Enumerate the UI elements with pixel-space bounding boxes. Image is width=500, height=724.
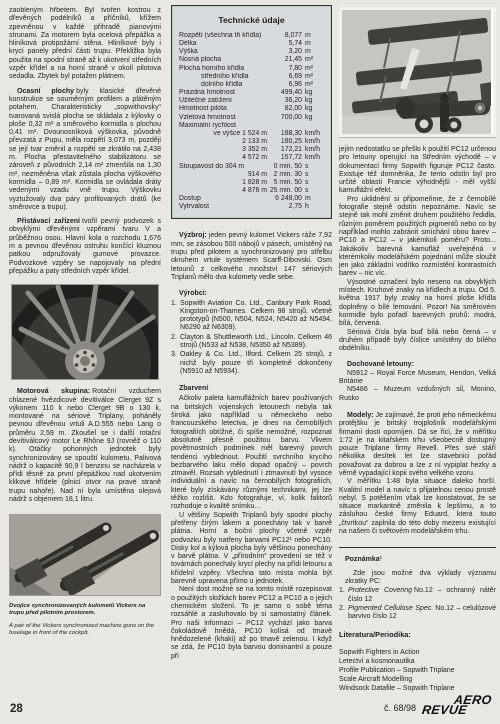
- tech-row-value: 6,96: [267, 81, 302, 89]
- tech-table-row: Vzletová hmotnost700,00kg: [179, 114, 324, 122]
- tech-row-unit: s: [302, 163, 324, 171]
- tech-row-value: 188,30: [267, 130, 302, 138]
- paragraph-colours-3: Není dost možné se na tomto místě rozepi…: [171, 586, 332, 661]
- tech-row-value: 5 min. 50: [267, 179, 302, 187]
- paragraph-text: byly klasické dřevěné konstrukce se soum…: [9, 88, 161, 211]
- tech-table-row: Vytrvalost2,75h: [179, 203, 324, 211]
- item-number: 2.: [171, 334, 180, 351]
- tech-table-row: 3 352 m172,21km/h: [179, 146, 324, 154]
- tech-data-box: Technické údaje Rozpětí (všechna tři kří…: [171, 5, 332, 219]
- tech-table-row: 914 m2 min. 30s: [179, 171, 324, 179]
- tech-row-value: 25 min. 00: [267, 187, 302, 195]
- tech-data-title: Technické údaje: [179, 15, 324, 25]
- tech-row-label: 1 828 m: [179, 179, 267, 187]
- wheel-photo-image: [12, 285, 158, 379]
- footnote-item: 2. Pigmented Cellulose Spec.No.12 – celu…: [339, 605, 496, 622]
- tech-table-row: 4 572 m157,72km/h: [179, 154, 324, 162]
- middle-column: Technické údaje Rozpětí (všechna tři kří…: [171, 5, 332, 717]
- footnote-heading: Poznámka¹: [339, 556, 496, 564]
- tech-row-value: 3,20: [267, 48, 302, 56]
- literature-item: Letectví a kosmonautika: [339, 657, 496, 666]
- tech-row-unit: kg: [302, 114, 324, 122]
- issue-number: č. 68/98: [384, 703, 416, 713]
- left-column: zaobleným hřbetem. Byl tvořen kostrou z …: [9, 7, 161, 719]
- tech-row-unit: [302, 122, 324, 130]
- tech-table-row: Prázdná hmotnost499,40kg: [179, 89, 324, 97]
- tech-row-value: 6,69: [267, 73, 302, 81]
- item-text: Pigmented Cellulose Spec.No.12 – celulóz…: [348, 605, 496, 622]
- survivors-heading: Dochované letouny:: [339, 361, 496, 369]
- item-text: Clayton & Shuttleworth Ltd., Lincoln. Ce…: [180, 334, 332, 351]
- tech-table-row: 4 876 m25 min. 00s: [179, 187, 324, 195]
- tech-row-label: Délka: [179, 40, 267, 48]
- paragraph-serials: Sériová čísla byla buď bílá nebo černá –…: [339, 329, 496, 354]
- tech-row-label: ve výšce 1 524 m: [179, 130, 267, 138]
- tech-row-unit: kg: [302, 105, 324, 113]
- paragraph-engine: Motorová skupina:Rotační vzduchem chlaze…: [9, 388, 161, 504]
- tech-row-value: 7,80: [267, 65, 302, 73]
- tech-row-unit: km/h: [302, 154, 324, 162]
- tech-row-value: 36,20: [267, 97, 302, 105]
- tech-row-unit: m: [302, 48, 324, 56]
- tech-row-unit: km/h: [302, 138, 324, 146]
- tech-row-unit: s: [302, 179, 324, 187]
- tech-row-value: 2,75: [267, 203, 302, 211]
- tech-row-label: Stoupavost do 304 m: [179, 163, 267, 171]
- item-number: 3.: [171, 351, 180, 376]
- tech-row-label: Užitečné zatížení: [179, 97, 267, 105]
- triplane-photo-image: [342, 10, 491, 134]
- tech-row-unit: m²: [302, 73, 324, 81]
- manufacturers-heading: Výrobci:: [171, 290, 332, 298]
- page-number: 28: [10, 703, 23, 715]
- photo-caption-czech: Dvojice synchronizovaných kulometů Vicke…: [9, 603, 161, 617]
- tech-row-unit: km/h: [302, 130, 324, 138]
- item-text: Protective CoveringNo.12 – ochranný nátě…: [348, 587, 496, 604]
- colours-heading: Zbarvení: [171, 385, 332, 393]
- section-divider: [339, 547, 496, 548]
- photo-caption-english: A pair of the Vickers synchronized machi…: [9, 623, 161, 637]
- tech-row-label: 4 876 m: [179, 187, 267, 195]
- tech-table-row: Hmotnost pilota82,00kg: [179, 105, 324, 113]
- literature-item: Profile Publication – Sopwith Triplane: [339, 666, 496, 675]
- tech-row-unit: m²: [302, 81, 324, 89]
- tech-row-unit: m²: [302, 65, 324, 73]
- item-text: Oakley & Co. Ltd., Ilford. Celkem 25 str…: [180, 351, 332, 376]
- tech-row-value: 180,25: [267, 138, 302, 146]
- tech-row-value: 157,72: [267, 154, 302, 162]
- literature-item: Windsock Datafile – Sopwith Triplane: [339, 684, 496, 693]
- tech-table: Rozpětí (všechna tři křídla)8,077mDélka5…: [179, 32, 324, 211]
- tech-row-label: Nosná plocha: [179, 56, 267, 64]
- right-column: jejím nedostatku se přešlo k použití PC1…: [339, 7, 496, 719]
- tech-table-row: Výška3,20m: [179, 48, 324, 56]
- paragraph-armament: Výzbroj:jeden pevný kulomet Vickers ráže…: [171, 232, 332, 282]
- tech-row-label: Vzletová hmotnost: [179, 114, 267, 122]
- paragraph-colours-1: Ačkoliv paleta kamuflážních barev použív…: [171, 395, 332, 511]
- tech-row-label: Prázdná hmotnost: [179, 89, 267, 97]
- paragraph-text: Rotační vzduchem chlazené hvězdicové dev…: [9, 388, 161, 503]
- survivor-item: N5912 – Royal Force Museum, Hendon, Velk…: [339, 370, 496, 387]
- tech-row-unit: kg: [302, 97, 324, 105]
- paragraph-lead: Ocasní plochy: [17, 88, 74, 95]
- tech-row-value: 8,077: [267, 32, 302, 40]
- manufacturer-item: 3. Oakley & Co. Ltd., Ilford. Celkem 25 …: [171, 351, 332, 376]
- tech-row-value: [267, 122, 302, 130]
- magazine-page: zaobleným hřbetem. Byl tvořen kostrou z …: [0, 0, 500, 724]
- literature-item: Scale Aircraft Modelling: [339, 675, 496, 684]
- tech-table-row: Užitečné zatížení36,20kg: [179, 97, 324, 105]
- tech-row-label: 914 m: [179, 171, 267, 179]
- manufacturer-item: 2. Clayton & Shuttleworth Ltd., Lincoln.…: [171, 334, 332, 351]
- tech-row-label: Výška: [179, 48, 267, 56]
- footnote-intro: Zde jsou možné dva výklady významu zkrat…: [339, 570, 496, 587]
- tech-table-row: dolního křídla6,96m²: [179, 81, 324, 89]
- tech-row-value: 0 min. 50: [267, 163, 302, 171]
- aero-revue-logo: AERO REVUE: [422, 693, 492, 717]
- paragraph-lead: Modely:: [347, 412, 374, 419]
- tech-row-unit: m: [302, 195, 324, 203]
- wheel-photo: [11, 284, 159, 380]
- paragraph-text: Je zajímavé, že proti jeho německému pro…: [339, 412, 496, 477]
- tech-table-row: Stoupavost do 304 m0 min. 50s: [179, 163, 324, 171]
- tech-row-unit: kg: [302, 89, 324, 97]
- tech-row-label: 3 352 m: [179, 146, 267, 154]
- literature-item: Sopwith Fighters in Action: [339, 648, 496, 657]
- tech-table-row: 1 828 m5 min. 50s: [179, 179, 324, 187]
- paragraph-photos: Pro uklidnění si připomeňme, že z černob…: [339, 196, 496, 279]
- item-number: 1.: [339, 587, 348, 604]
- paragraph-colours-2: U většiny Sopwith Triplanů byly spodní p…: [171, 512, 332, 587]
- tech-table-row: Rozpětí (všechna tři křídla)8,077m: [179, 32, 324, 40]
- paragraph-models-1: Modely:Je zajímavé, že proti jeho německ…: [339, 412, 496, 478]
- paragraph-lead: Motorová skupina:: [17, 388, 90, 395]
- tech-row-value: 700,00: [267, 114, 302, 122]
- tech-row-label: Hmotnost pilota: [179, 105, 267, 113]
- logo-text-revue: REVUE: [421, 703, 468, 717]
- tech-row-value: 82,00: [267, 105, 302, 113]
- manufacturer-item: 1. Sopwith Aviation Co. Ltd., Canbury Pa…: [171, 300, 332, 333]
- tech-row-label: Maximální rychlost: [179, 122, 267, 130]
- item-number: 1.: [171, 300, 180, 333]
- tech-row-value: 6 248,00: [267, 195, 302, 203]
- paragraph-pc12: jejím nedostatku se přešlo k použití PC1…: [339, 146, 496, 196]
- tech-table-row: 2 133 m180,25km/h: [179, 138, 324, 146]
- tech-table-row: Maximální rychlost: [179, 122, 324, 130]
- tech-row-unit: m²: [302, 56, 324, 64]
- footnote-item: 1. Protective CoveringNo.12 – ochranný n…: [339, 587, 496, 604]
- paragraph-models-2: V měřítku 1:48 byla situace daleko horší…: [339, 478, 496, 536]
- tech-row-value: 5,74: [267, 40, 302, 48]
- machine-guns-photo: [9, 514, 161, 596]
- triplane-photo: [339, 7, 496, 137]
- tech-row-unit: km/h: [302, 146, 324, 154]
- tech-table-row: Plocha horního křídla7,80m²: [179, 65, 324, 73]
- tech-row-value: 21,45: [267, 56, 302, 64]
- tech-row-label: Vytrvalost: [179, 203, 267, 211]
- tech-row-label: 2 133 m: [179, 138, 267, 146]
- machine-guns-photo-image: [10, 515, 160, 595]
- item-lead: Protective Covering: [348, 587, 412, 594]
- item-text: Sopwith Aviation Co. Ltd., Canbury Park …: [180, 300, 332, 333]
- tech-row-label: dolního křídla: [179, 81, 267, 89]
- tech-row-value: 2 min. 30: [267, 171, 302, 179]
- tech-table-row: Nosná plocha21,45m²: [179, 56, 324, 64]
- tech-row-unit: m: [302, 32, 324, 40]
- paragraph-landing-gear: Přistávací zařízenítvořil pevný podvozek…: [9, 218, 161, 276]
- paragraph-tail: Ocasní plochybyly klasické dřevěné konst…: [9, 88, 161, 212]
- paragraph-text: tvořil pevný podvozek s obvyklými dřevěn…: [9, 218, 161, 275]
- tech-row-value: 172,21: [267, 146, 302, 154]
- paragraph-lead: Výzbroj:: [179, 232, 207, 239]
- tech-row-label: 4 572 m: [179, 154, 267, 162]
- tech-table-row: Délka5,74m: [179, 40, 324, 48]
- item-number: 2.: [339, 605, 348, 622]
- tech-row-label: Plocha horního křídla: [179, 65, 267, 73]
- tech-row-unit: m: [302, 40, 324, 48]
- paragraph-fuselage: zaobleným hřbetem. Byl tvořen kostrou z …: [9, 7, 161, 82]
- tech-row-unit: s: [302, 171, 324, 179]
- tech-table-row: Dostup6 248,00m: [179, 195, 324, 203]
- tech-row-value: 499,40: [267, 89, 302, 97]
- paragraph-markings: Výsostné označení bylo neseno na obvyklý…: [339, 279, 496, 329]
- tech-row-label: středního křídla: [179, 73, 267, 81]
- tech-row-label: Rozpětí (všechna tři křídla): [179, 32, 267, 40]
- tech-table-row: středního křídla6,69m²: [179, 73, 324, 81]
- paragraph-lead: Přistávací zařízení: [17, 218, 80, 225]
- tech-row-label: Dostup: [179, 195, 267, 203]
- tech-table-row: ve výšce 1 524 m188,30km/h: [179, 130, 324, 138]
- tech-row-unit: s: [302, 187, 324, 195]
- survivor-item: N5486 – Muzeum vzdušných sil, Monino, Ru…: [339, 386, 496, 403]
- item-lead: Pigmented Cellulose Spec.: [348, 605, 433, 612]
- literature-heading: Literatura/Periodika:: [339, 631, 496, 639]
- tech-row-unit: h: [302, 203, 324, 211]
- paragraph-text: jeden pevný kulomet Vickers ráže 7,92 mm…: [171, 232, 332, 280]
